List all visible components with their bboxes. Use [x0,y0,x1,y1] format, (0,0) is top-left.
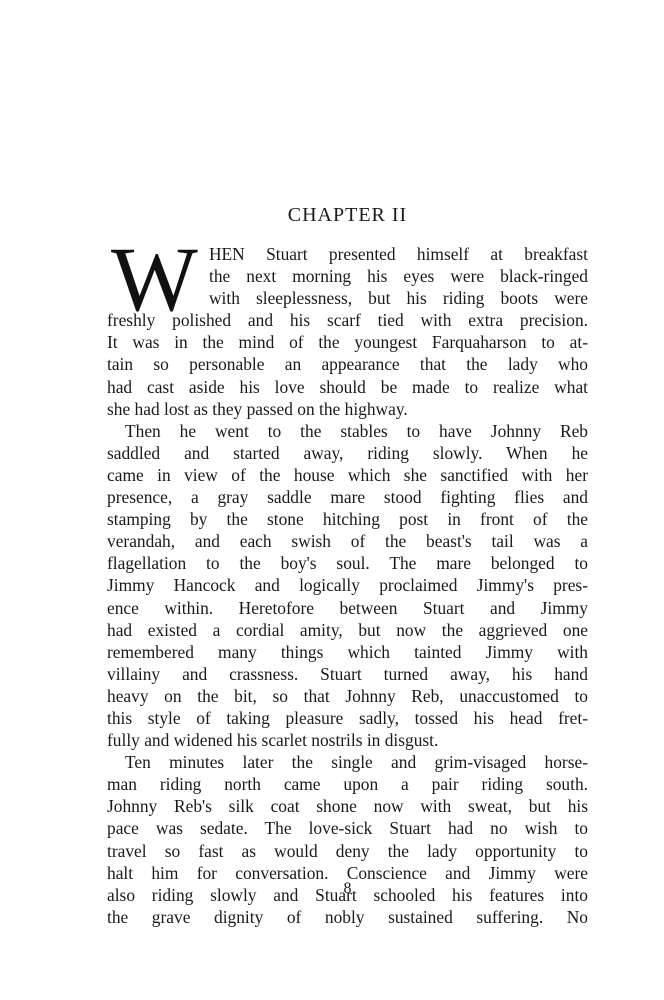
text-line: fully and widened his scarlet nostrils i… [107,729,588,751]
chapter-heading: CHAPTER II [107,203,588,227]
text-line: flagellation to the boy's soul. The mare… [107,552,588,574]
text-line: stamping by the stone hitching post in f… [107,508,588,530]
page-number: 8 [107,880,588,898]
text-line: travel so fast as would deny the lady op… [107,840,588,862]
text-line: had cast aside his love should be made t… [107,376,588,398]
text-line: verandah, and each swish of the beast's … [107,530,588,552]
text-line: Then he went to the stables to have John… [107,420,588,442]
chapter-body: W HEN Stuart presented himself at breakf… [107,243,588,928]
text-line: she had lost as they passed on the highw… [107,398,588,420]
text-line: heavy on the bit, so that Johnny Reb, un… [107,685,588,707]
text-line: Jimmy Hancock and logically proclaimed J… [107,574,588,596]
text-line: pace was sedate. The love-sick Stuart ha… [107,817,588,839]
text-line: had existed a cordial amity, but now the… [107,619,588,641]
text-line: It was in the mind of the youngest Farqu… [107,331,588,353]
text-line: ence within. Heretofore between Stuart a… [107,597,588,619]
text-line: tain so personable an appearance that th… [107,353,588,375]
text-line: presence, a gray saddle mare stood fight… [107,486,588,508]
text-line: this style of taking pleasure sadly, tos… [107,707,588,729]
text-line: the grave dignity of nobly sustained suf… [107,906,588,928]
drop-cap: W [111,243,198,315]
text-line: saddled and started away, riding slowly.… [107,442,588,464]
text-line: man riding north came upon a pair riding… [107,773,588,795]
text-line: Ten minutes later the single and grim-vi… [107,751,588,773]
text-line: remembered many things which tainted Jim… [107,641,588,663]
text-line: Johnny Reb's silk coat shone now with sw… [107,795,588,817]
text-line: villainy and crassness. Stuart turned aw… [107,663,588,685]
text-line: came in view of the house which she sanc… [107,464,588,486]
